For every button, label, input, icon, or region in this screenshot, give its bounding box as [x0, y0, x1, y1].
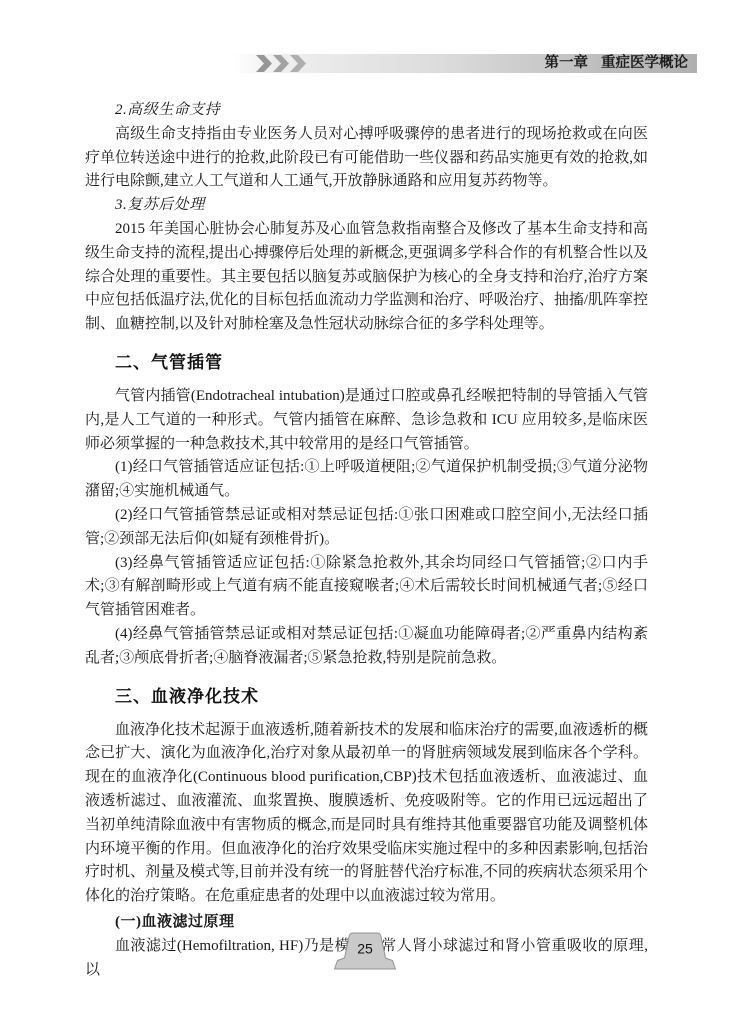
body-paragraph: 2015 年美国心脏协会心肺复苏及心血管急救指南整合及修改了基本生命支持和高级生… [85, 218, 648, 337]
page-body: 2.高级生命支持 高级生命支持指由专业医务人员对心搏呼吸骤停的患者进行的现场抢救… [85, 99, 648, 982]
body-paragraph: (4)经鼻气管插管禁忌证或相对禁忌证包括:①凝血功能障碍者;②严重鼻内结构紊乱者… [85, 623, 648, 671]
running-head-title: 第一章 重症医学概论 [545, 54, 698, 73]
body-paragraph: (1)经口气管插管适应证包括:①上呼吸道梗阻;②气道保护机制受损;③气道分泌物潴… [85, 456, 648, 504]
numbered-subhead: 3.复苏后处理 [85, 194, 648, 218]
book-page: 第一章 重症医学概论 2.高级生命支持 高级生命支持指由专业医务人员对心搏呼吸骤… [0, 0, 730, 1017]
chapter-label: 第一章 [545, 54, 589, 73]
section-heading-blood-purification: 三、血液净化技术 [115, 684, 648, 709]
body-paragraph: 气管内插管(Endotracheal intubation)是通过口腔或鼻孔经喉… [85, 385, 648, 456]
body-paragraph: 高级生命支持指由专业医务人员对心搏呼吸骤停的患者进行的现场抢救或在向医疗单位转送… [85, 123, 648, 194]
triple-chevron-right-icon [256, 55, 308, 72]
section-heading-intubation: 二、气管插管 [115, 350, 648, 375]
body-paragraph: (3)经鼻气管插管适应证包括:①除紧急抢救外,其余均同经口气管插管;②口内手术;… [85, 552, 648, 623]
page-header-bar: 第一章 重症医学概论 [232, 54, 697, 73]
numbered-subhead: 2.高级生命支持 [85, 99, 648, 123]
chapter-title: 重症医学概论 [601, 54, 688, 73]
page-number: 25 [357, 941, 373, 957]
body-paragraph: (2)经口气管插管禁忌证或相对禁忌证包括:①张口困难或口腔空间小,无法经口插管;… [85, 504, 648, 552]
page-number-badge: 25 [329, 930, 401, 972]
body-paragraph: 血液净化技术起源于血液透析,随着新技术的发展和临床治疗的需要,血液透析的概念已扩… [85, 719, 648, 909]
